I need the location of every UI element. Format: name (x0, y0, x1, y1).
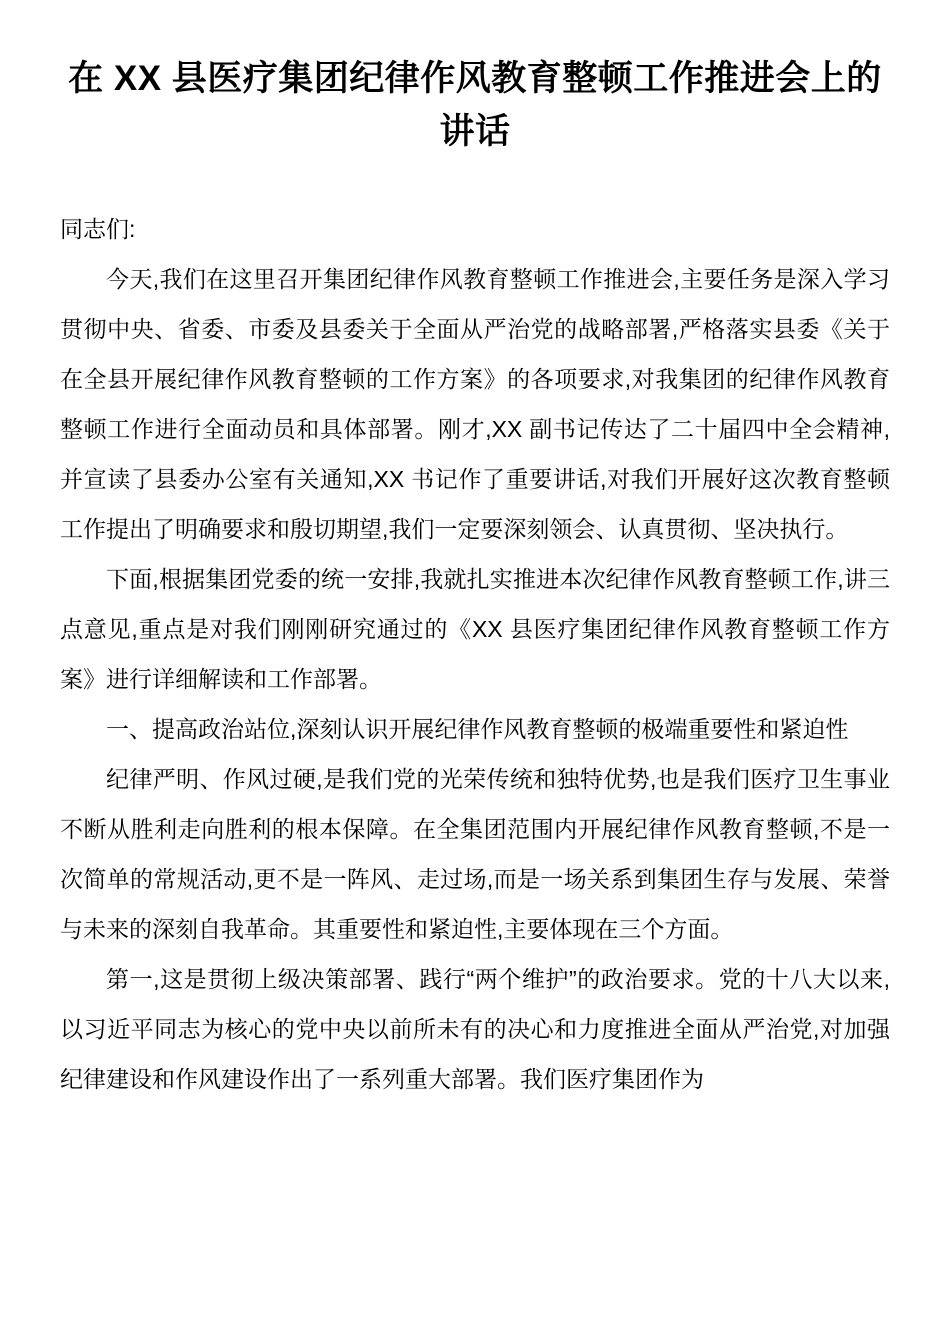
salutation: 同志们: (60, 204, 890, 254)
document-body: 同志们: 今天,我们在这里召开集团纪律作风教育整顿工作推进会,主要任务是深入学习… (60, 204, 890, 1104)
paragraph-point-1: 第一,这是贯彻上级决策部署、践行“两个维护”的政治要求。党的十八大以来,以习近平… (60, 954, 890, 1104)
paragraph-agenda: 下面,根据集团党委的统一安排,我就扎实推进本次纪律作风教育整顿工作,讲三点意见,… (60, 554, 890, 704)
paragraph-importance: 纪律严明、作风过硬,是我们党的光荣传统和独特优势,也是我们医疗卫生事业不断从胜利… (60, 754, 890, 954)
document-page: 在 XX 县医疗集团纪律作风教育整顿工作推进会上的讲话 同志们: 今天,我们在这… (0, 0, 950, 1344)
section-heading-1: 一、提高政治站位,深刻认识开展纪律作风教育整顿的极端重要性和紧迫性 (60, 704, 890, 754)
document-title: 在 XX 县医疗集团纪律作风教育整顿工作推进会上的讲话 (60, 52, 890, 158)
paragraph-opening: 今天,我们在这里召开集团纪律作风教育整顿工作推进会,主要任务是深入学习贯彻中央、… (60, 254, 890, 554)
